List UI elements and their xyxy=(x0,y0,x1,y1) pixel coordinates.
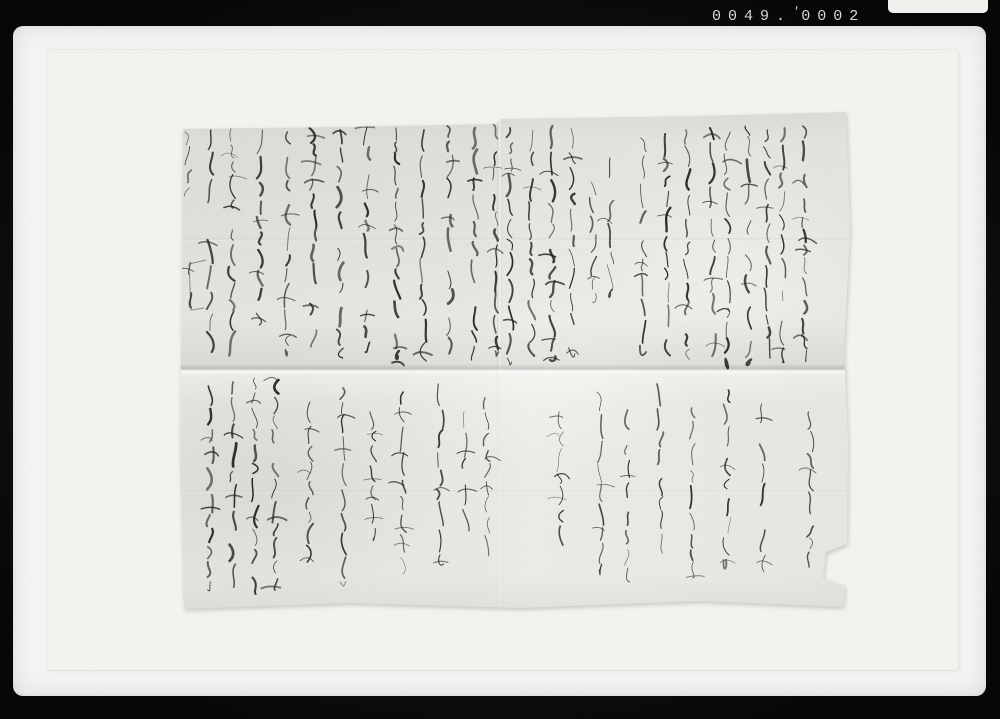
handwriting-layer xyxy=(180,112,850,612)
frame-counter: 0049.′0002 xyxy=(712,8,865,25)
manuscript-wrap xyxy=(180,112,850,612)
film-edge-notch xyxy=(888,0,988,13)
frame-counter-right: 0002 xyxy=(801,8,865,25)
microfilm-photograph: 0049.′0002 xyxy=(0,0,1000,719)
frame-counter-left: 0049. xyxy=(712,8,792,25)
manuscript-paper xyxy=(180,112,850,612)
handwriting-upper-columns xyxy=(180,124,816,368)
handwriting-lower-columns xyxy=(201,377,816,594)
kao-seal-mark xyxy=(189,260,206,310)
